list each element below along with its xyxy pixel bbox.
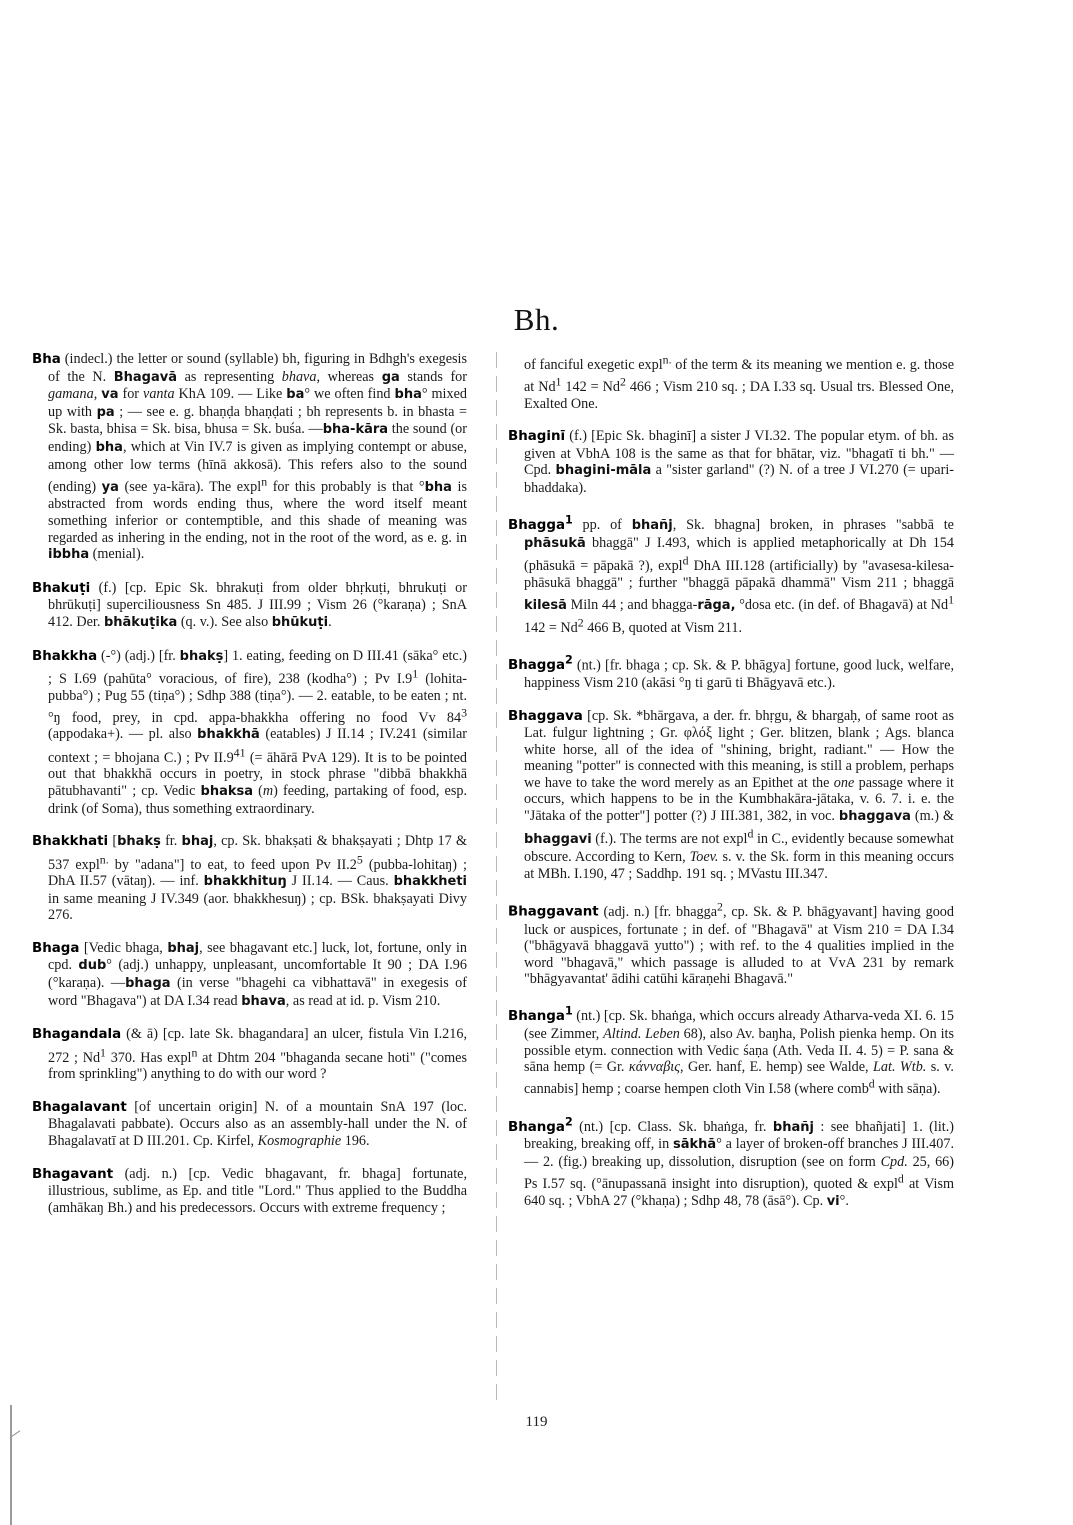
entry-definition: (indecl.) the letter or sound (syllable)…: [48, 351, 467, 562]
entry-definition: [cp. Sk. *bhārgava, a der. fr. bhṛgu, & …: [524, 708, 954, 882]
entry-headword: Bhakkhati: [32, 834, 108, 849]
entry-headword: Bhakuṭi: [32, 581, 90, 596]
dictionary-entry: Bhagga1 pp. of bhañj, Sk. bhagna] broken…: [508, 513, 954, 637]
dictionary-entry: Bhanga2 (nt.) [cp. Class. Sk. bhaṅga, fr…: [508, 1114, 954, 1210]
column-divider: [496, 352, 497, 1407]
dictionary-entry: Bhaggavant (adj. n.) [fr. bhagga2, cp. S…: [508, 898, 954, 988]
entry-headword: Bhagandala: [32, 1027, 121, 1042]
entry-definition: of fanciful exegetic expln. of the term …: [524, 357, 954, 412]
dictionary-entry: Bhakkhati [bhakṣ fr. bhaj, cp. Sk. bhakṣ…: [32, 833, 467, 924]
entry-headword: Bhanga1: [508, 1009, 573, 1024]
dictionary-entry: Bhaginī (f.) [Epic Sk. bhaginī] a sister…: [508, 428, 954, 496]
dictionary-entry: Bhanga1 (nt.) [cp. Sk. bhaṅga, which occ…: [508, 1004, 954, 1098]
entry-definition: (-°) (adj.) [fr. bhakṣ] 1. eating, feedi…: [48, 648, 467, 817]
dictionary-entry: Bhaggava [cp. Sk. *bhārgava, a der. fr. …: [508, 708, 954, 883]
entry-headword: Bhagavant: [32, 1167, 113, 1182]
entry-definition: (f.) [Epic Sk. bhaginī] a sister J VI.32…: [524, 428, 954, 496]
entry-definition: [bhakṣ fr. bhaj, cp. Sk. bhakṣati & bhak…: [48, 833, 467, 923]
dictionary-entry: Bhagalavant [of uncertain origin] N. of …: [32, 1099, 467, 1150]
dictionary-entry: Bhaga [Vedic bhaga, bhaj, see bhagavant …: [32, 940, 467, 1010]
entry-headword: Bhagga1: [508, 518, 573, 533]
entry-headword: Bhaggavant: [508, 905, 599, 920]
entry-headword: Bhaggava: [508, 709, 583, 724]
dictionary-entry: Bhakkha (-°) (adj.) [fr. bhakṣ] 1. eatin…: [32, 648, 467, 818]
section-title: Bh.: [0, 302, 1073, 338]
entry-headword: Bhaginī: [508, 429, 565, 444]
entry-definition: (nt.) [cp. Sk. bhaṅga, which occurs alre…: [524, 1008, 954, 1097]
entry-headword: Bhaga: [32, 941, 79, 956]
dictionary-entry: of fanciful exegetic expln. of the term …: [508, 351, 954, 412]
entry-definition: pp. of bhañj, Sk. bhagna] broken, in phr…: [524, 517, 954, 636]
entry-definition: [Vedic bhaga, bhaj, see bhagavant etc.] …: [48, 940, 467, 1009]
dictionary-entry: Bhagavant (adj. n.) [cp. Vedic bhagavant…: [32, 1166, 467, 1217]
entry-headword: Bhagga2: [508, 658, 573, 673]
entry-definition: (f.) [cp. Epic Sk. bhrakuṭi from older b…: [48, 580, 467, 630]
left-column: Bha (indecl.) the letter or sound (sylla…: [32, 351, 467, 1232]
entry-definition: (nt.) [fr. bhaga ; cp. Sk. & P. bhāgya] …: [524, 657, 954, 691]
entry-headword: Bhakkha: [32, 649, 97, 664]
page-edge-mark: [12, 1430, 21, 1437]
dictionary-entry: Bhagandala (& ā) [cp. late Sk. bhagandar…: [32, 1026, 467, 1083]
entry-definition: (nt.) [cp. Class. Sk. bhaṅga, fr. bhañj …: [524, 1119, 954, 1209]
dictionary-entry: Bhakuṭi (f.) [cp. Epic Sk. bhrakuṭi from…: [32, 580, 467, 632]
dictionary-entry: Bha (indecl.) the letter or sound (sylla…: [32, 351, 467, 564]
page-number: 119: [0, 1414, 1073, 1431]
right-column: of fanciful exegetic expln. of the term …: [508, 351, 954, 1226]
entry-headword: Bha: [32, 352, 61, 367]
entry-headword: Bhagalavant: [32, 1100, 127, 1115]
dictionary-entry: Bhagga2 (nt.) [fr. bhaga ; cp. Sk. & P. …: [508, 653, 954, 692]
entry-headword: Bhanga2: [508, 1120, 573, 1135]
